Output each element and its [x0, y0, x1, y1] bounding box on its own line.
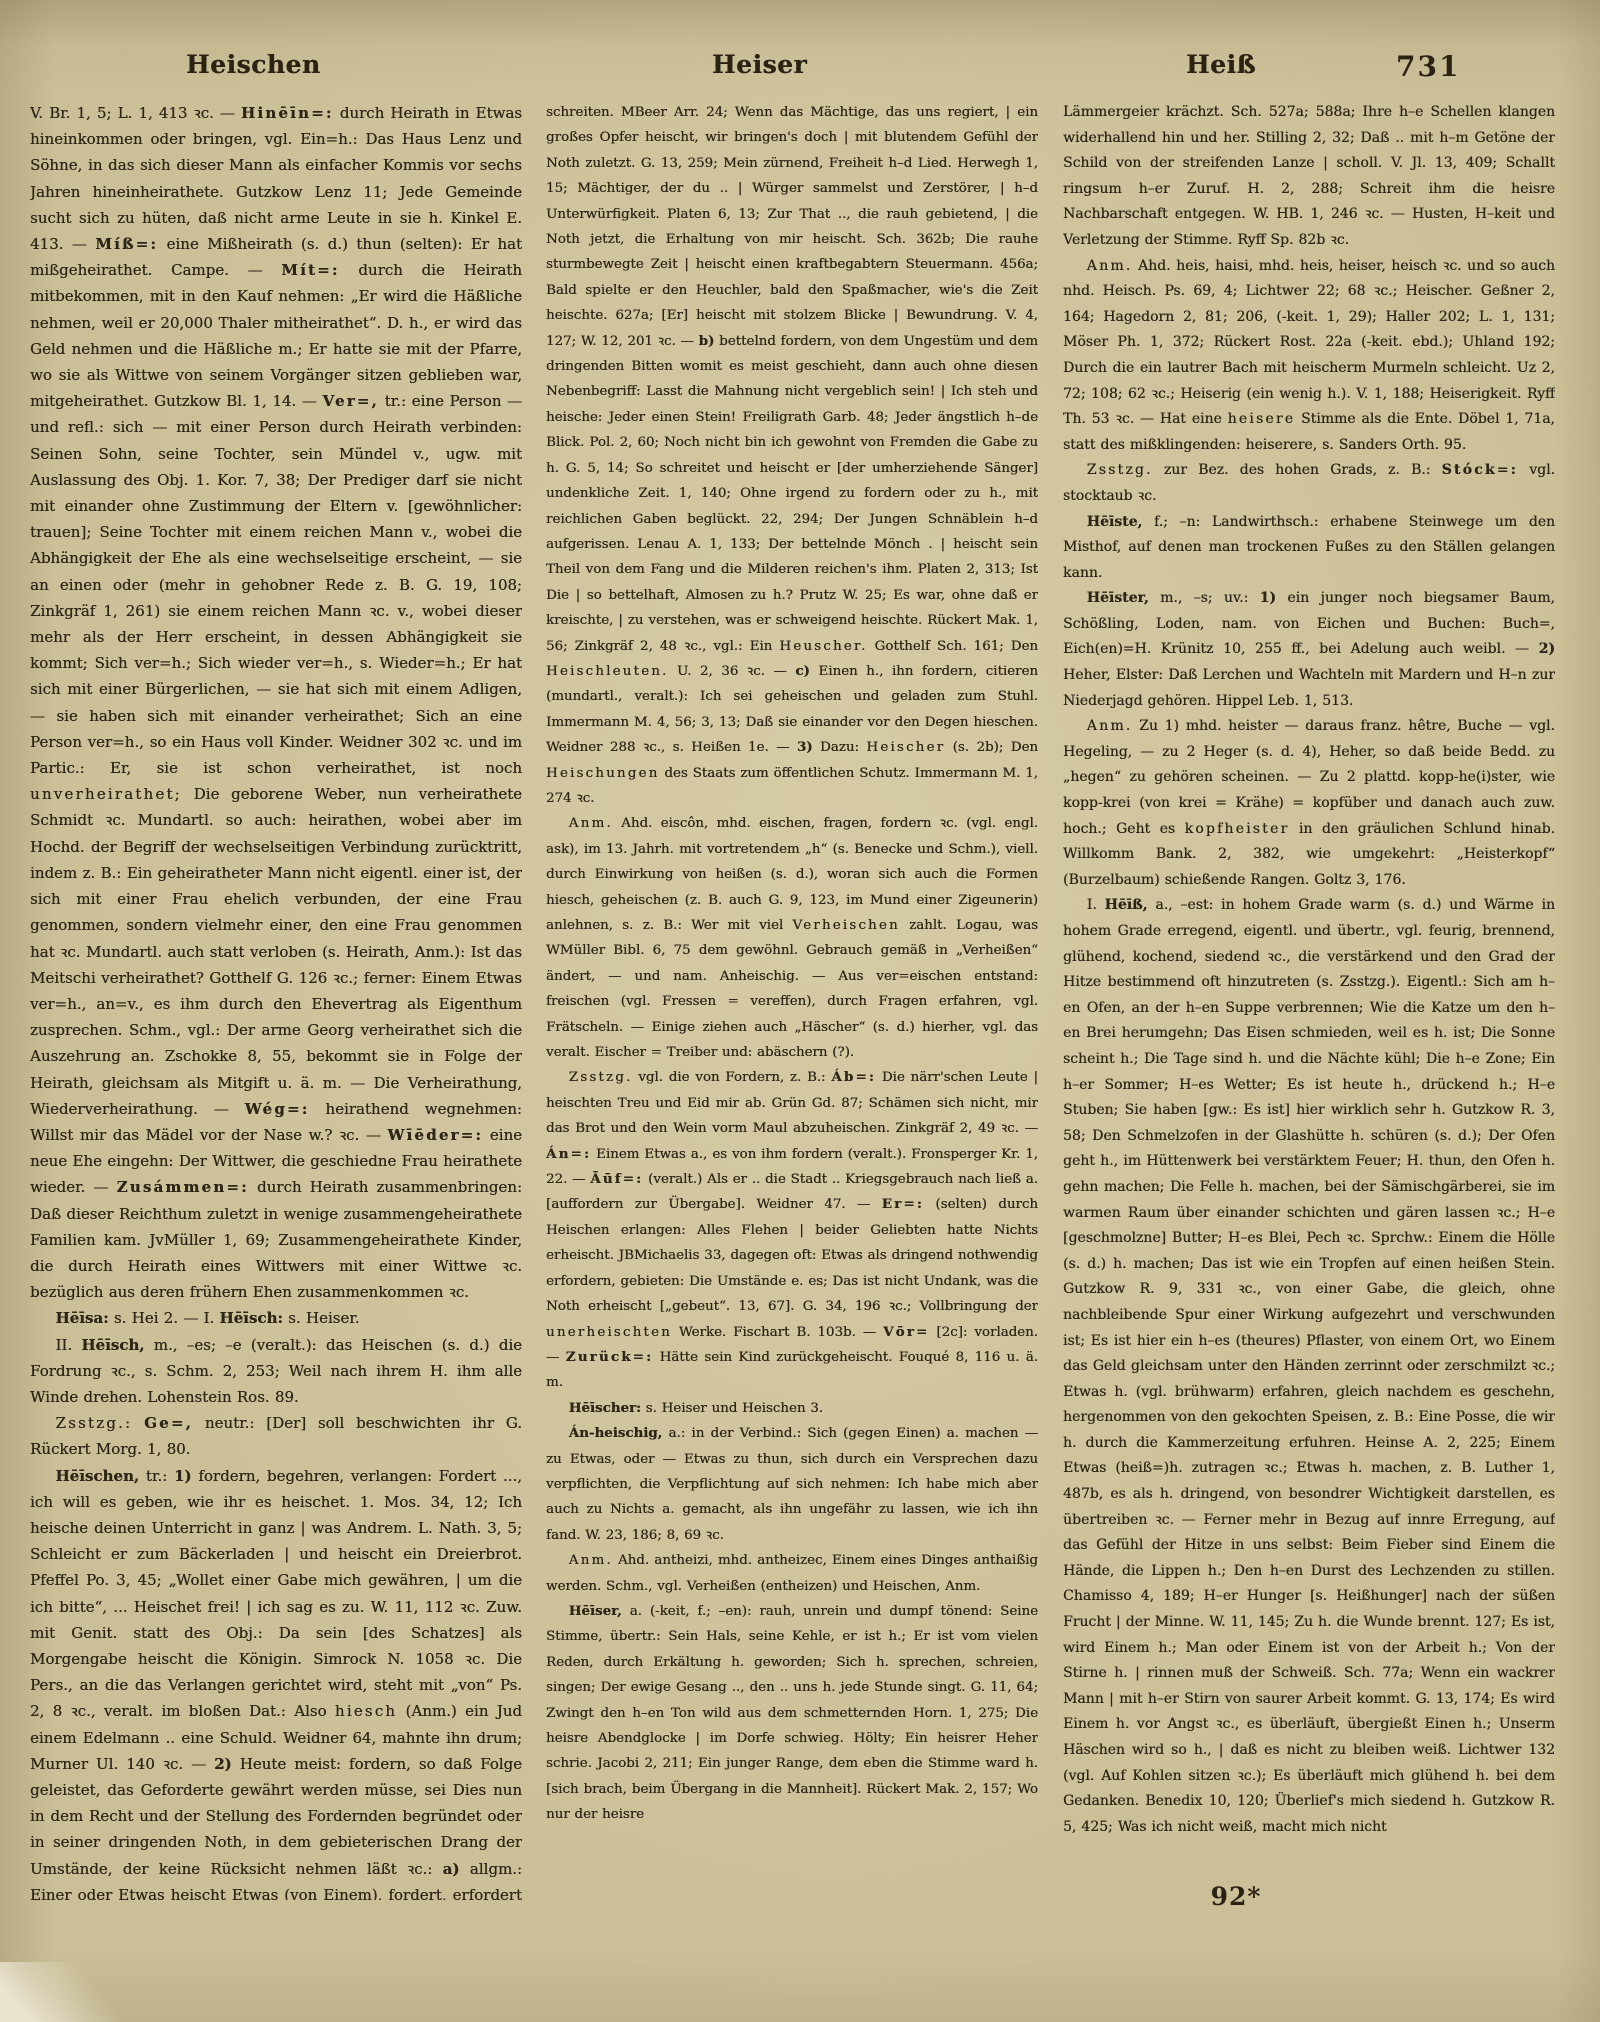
text-run: Vōr=: [883, 1324, 929, 1340]
text-run: Heuscher.: [779, 639, 867, 654]
text-run: Hēīser,: [569, 1603, 622, 1619]
text-run: Heischungen: [546, 766, 659, 781]
text-run: II.: [56, 1336, 82, 1354]
text-run: I.: [1087, 897, 1105, 913]
text-run: Míß=:: [95, 235, 158, 253]
text-run: Hēīschen,: [56, 1467, 140, 1485]
text-run: unerheischten: [546, 1325, 672, 1340]
text-run: 3): [797, 739, 813, 755]
text-run: U. 2, 36 ꝛc. —: [669, 664, 796, 679]
text-run: b): [699, 333, 715, 349]
paragraph: Án-heischig, a.: in der Verbind.: Sich (…: [546, 1421, 1038, 1548]
text-run: Wīēder=:: [387, 1126, 483, 1144]
page-edge-highlight: [0, 1962, 130, 2022]
paragraph: Anm. Ahd. eiscôn, mhd. eischen, fragen, …: [546, 811, 1038, 1065]
text-run: m., –s; uv.:: [1149, 590, 1260, 606]
text-run: (s. 2b); Den: [945, 740, 1038, 755]
text-run: Hinēīn=:: [241, 104, 334, 122]
text-run: Wég=:: [245, 1100, 310, 1118]
text-run: Hēīß,: [1105, 897, 1148, 913]
text-run: zahlt. Logau, was WMüller Bibl. 6, 75 de…: [546, 918, 1038, 1060]
text-run: Hēīste,: [1087, 514, 1143, 530]
text-run: Āūf=:: [590, 1171, 643, 1187]
text-run: Zsstzg.:: [56, 1414, 133, 1432]
text-run: Verheischen: [792, 918, 899, 933]
text-run: a): [443, 1860, 460, 1878]
text-run: Zsstzg.: [569, 1070, 633, 1085]
text-run: 2): [214, 1755, 232, 1773]
text-run: (selten) durch Heischen erlangen: Alles …: [546, 1197, 1038, 1314]
text-run: Anm.: [569, 1553, 613, 1568]
paragraph: Hēīsa: s. Hei 2. — I. Hēīsch: s. Heiser.: [30, 1305, 522, 1331]
paragraph: Hēīste, f.; –n: Landwirthsch.: erhabene …: [1063, 510, 1555, 587]
text-run: Áb=:: [831, 1069, 876, 1085]
text-run: schreiten. MBeer Arr. 24; Wenn das Mächt…: [546, 105, 1038, 349]
text-column-2: schreiten. MBeer Arr. 24; Wenn das Mächt…: [546, 100, 1038, 1900]
text-run: s. Heiser.: [283, 1309, 360, 1327]
text-run: tr.: eine Person — und refl.: sich — mit…: [30, 392, 522, 777]
text-run: s. Heiser und Heischen 3.: [641, 1401, 823, 1416]
text-run: vgl. die von Fordern, z. B.:: [632, 1070, 831, 1085]
text-run: tr.:: [139, 1467, 174, 1485]
signature-mark: 92*: [1186, 1882, 1286, 1911]
running-head: Heischen Heiser Heiß 731: [0, 50, 1600, 90]
text-run: Heischer: [866, 740, 945, 755]
text-run: Heher, Elster: Daß Lerchen und Wachteln …: [1063, 667, 1555, 709]
text-run: c): [795, 663, 810, 679]
text-run: [132, 1414, 144, 1432]
paragraph: II. Hēīsch, m., –es; –e (veralt.): das H…: [30, 1332, 522, 1411]
text-run: zur Bez. des hohen Grads, z. B.:: [1153, 462, 1442, 478]
text-run: Anm.: [1087, 718, 1133, 734]
text-run: s. Hei 2. — I.: [109, 1309, 220, 1327]
text-run: 1): [1260, 590, 1276, 606]
paragraph: Hēīser, a. (-keit, f.; –en): rauh, unrei…: [546, 1599, 1038, 1828]
paragraph: V. Br. 1, 5; L. 1, 413 ꝛc. — Hinēīn=: du…: [30, 100, 522, 1305]
text-run: Er=:: [882, 1196, 924, 1212]
dictionary-page-scan: Heischen Heiser Heiß 731 V. Br. 1, 5; L.…: [0, 0, 1600, 2022]
paragraph: Anm. Zu 1) mhd. heister — daraus franz. …: [1063, 714, 1555, 893]
paragraph: Hēīscher: s. Heiser und Heischen 3.: [546, 1396, 1038, 1421]
paragraph: Hēīschen, tr.: 1) fordern, begehren, ver…: [30, 1463, 522, 1900]
text-run: Werke. Fischart B. 103b. —: [672, 1325, 883, 1340]
text-run: durch Heirath zusammenbringen: Daß diese…: [30, 1178, 522, 1301]
text-run: Zurück=:: [566, 1349, 654, 1365]
text-run: Án-heischig,: [569, 1425, 663, 1441]
paragraph: Zsstzg. zur Bez. des hohen Grads, z. B.:…: [1063, 458, 1555, 509]
text-run: heisere: [1228, 411, 1296, 427]
text-run: a.: in der Verbind.: Sich (gegen Einen) …: [546, 1426, 1038, 1543]
text-run: durch Heirath in Etwas hineinkommen oder…: [30, 104, 522, 253]
text-run: Ahd. antheizi, mhd. antheizec, Einem ein…: [546, 1553, 1038, 1593]
text-run: Die geborene Weber, nun verheirathete Sc…: [30, 785, 522, 1117]
text-run: Gotthelf Sch. 161; Den: [867, 639, 1038, 654]
text-column-1: V. Br. 1, 5; L. 1, 413 ꝛc. — Hinēīn=: du…: [30, 100, 522, 1900]
text-run: Stóck=:: [1442, 462, 1518, 478]
text-run: hiesch: [335, 1702, 397, 1720]
text-run: Zu 1) mhd. heister — daraus franz. hêtre…: [1063, 718, 1555, 836]
text-run: Ver=,: [322, 392, 379, 410]
text-run: Ahd. eiscôn, mhd. eischen, fragen, forde…: [546, 816, 1038, 933]
paragraph: Lämmergeier krächzt. Sch. 527a; 588a; Ih…: [1063, 100, 1555, 254]
text-run: Hēīscher:: [569, 1400, 641, 1416]
paragraph: Anm. Ahd. heis, haisi, mhd. heis, heiser…: [1063, 254, 1555, 459]
text-run: Dazu:: [813, 740, 867, 755]
text-run: Ahd. heis, haisi, mhd. heis, heiser, hei…: [1063, 258, 1555, 428]
paragraph: Zsstzg. vgl. die von Fordern, z. B.: Áb=…: [546, 1065, 1038, 1395]
text-run: Ge=,: [144, 1414, 193, 1432]
text-run: Hēīsch:: [219, 1309, 282, 1327]
text-run: Hēīsa:: [56, 1309, 109, 1327]
text-run: Heischleuten.: [546, 664, 669, 679]
running-title-center: Heiser: [712, 50, 807, 79]
text-run: Án=:: [546, 1146, 591, 1162]
text-run: bettelnd fordern, von dem Ungestüm und d…: [546, 334, 1038, 654]
text-run: durch die Heirath mitbekommen, mit in de…: [30, 261, 522, 410]
text-run: 1): [174, 1467, 192, 1485]
text-run: a., –est: in hohem Grade warm (s. d.) un…: [1063, 897, 1555, 1834]
text-run: a. (-keit, f.; –en): rauh, unrein und du…: [546, 1604, 1038, 1822]
paragraph: schreiten. MBeer Arr. 24; Wenn das Mächt…: [546, 100, 1038, 811]
text-run: Hēīster,: [1087, 590, 1149, 606]
page-number: 731: [1396, 50, 1460, 83]
paragraph: Zsstzg.: Ge=, neutr.: [Der] soll beschwi…: [30, 1410, 522, 1462]
text-run: Hēīsch,: [81, 1336, 144, 1354]
paragraph: I. Hēīß, a., –est: in hohem Grade warm (…: [1063, 893, 1555, 1840]
text-run: fordern, begehren, verlangen: Fordert ..…: [30, 1467, 522, 1721]
running-title-right: Heiß: [1186, 50, 1256, 79]
text-run: unverheirathet;: [30, 785, 182, 803]
text-run: V. Br. 1, 5; L. 1, 413 ꝛc. —: [30, 104, 241, 122]
text-column-3: Lämmergeier krächzt. Sch. 527a; 588a; Ih…: [1063, 100, 1555, 1900]
paragraph: Hēīster, m., –s; uv.: 1) ein junger noch…: [1063, 586, 1555, 714]
running-title-left: Heischen: [186, 50, 321, 79]
text-run: Anm.: [1087, 258, 1133, 274]
text-run: Mít=:: [281, 261, 339, 279]
text-run: 2): [1539, 641, 1555, 657]
text-run: Lämmergeier krächzt. Sch. 527a; 588a; Ih…: [1063, 104, 1555, 248]
text-run: kopfheister: [1185, 821, 1290, 837]
text-run: Anm.: [569, 816, 613, 831]
paragraph: Anm. Ahd. antheizi, mhd. antheizec, Eine…: [546, 1548, 1038, 1599]
text-run: Zsstzg.: [1087, 462, 1153, 478]
text-run: Zusámmen=:: [117, 1178, 249, 1196]
